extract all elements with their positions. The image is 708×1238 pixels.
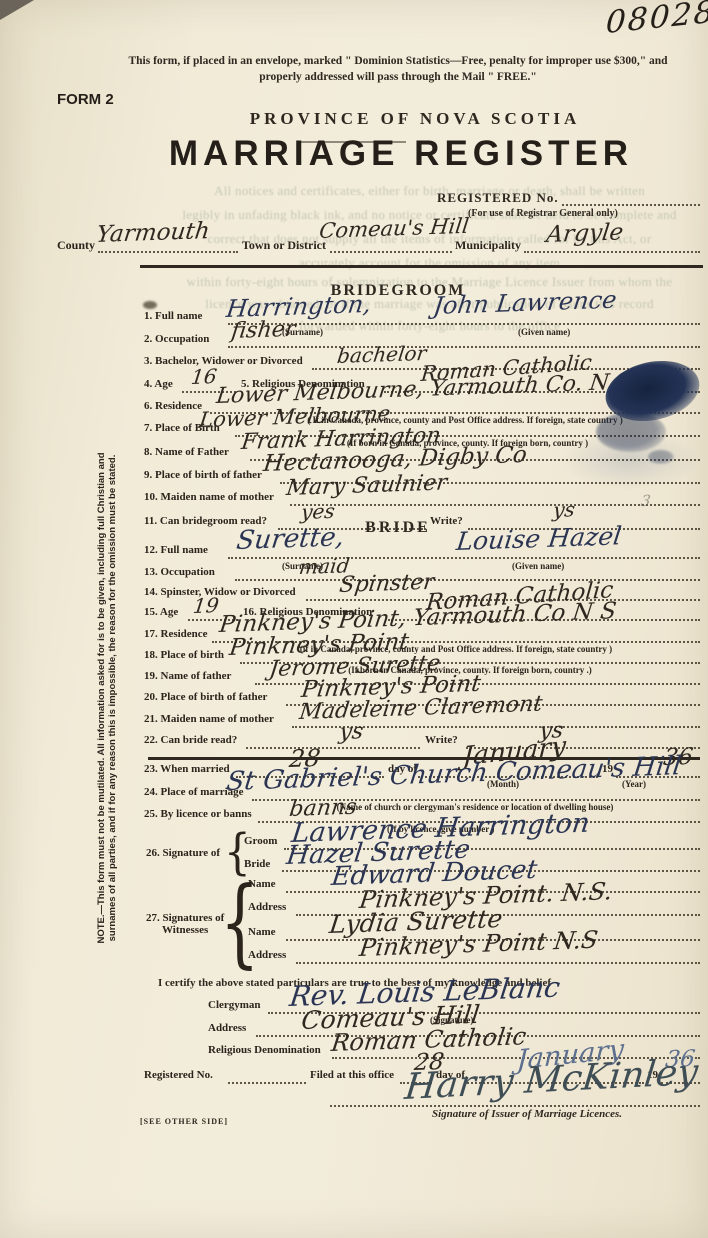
county-value: Yarmouth	[95, 220, 211, 247]
mail-notice-line1: This form, if placed in an envelope, mar…	[95, 55, 701, 67]
br-can-read-label: 22. Can bride read?	[144, 734, 237, 746]
bg-mother-value: Mary Saulnier	[285, 472, 448, 500]
bg-mother-label: 10. Maiden name of mother	[144, 491, 274, 503]
municipality-line	[524, 251, 700, 253]
see-other-side-note: [SEE OTHER SIDE]	[140, 1117, 228, 1126]
bg-age-label: 4. Age	[144, 378, 173, 390]
clergy-denomination-label: Religious Denomination	[208, 1044, 321, 1056]
issuer-signature-line	[330, 1105, 700, 1107]
clergyman-label: Clergyman	[208, 999, 261, 1011]
registered-no-bottom-line	[228, 1082, 306, 1084]
bg-residence-value: Lower Melbourne, Yarmouth Co. N.S.	[215, 371, 637, 408]
witness2-address-value: Pinkney's Point N.S	[358, 928, 599, 960]
registered-no-label: REGISTERED No.	[437, 190, 559, 206]
br-father-birth-label: 20. Place of birth of father	[144, 691, 267, 703]
municipality-value: Argyle	[545, 221, 625, 247]
licence-banns-label: 25. By licence or banns	[144, 808, 252, 820]
groom-sig-label: Groom	[244, 835, 277, 847]
br-occupation-line	[235, 579, 700, 581]
br-surname-value: Surette,	[235, 524, 346, 554]
registered-no-bottom-label: Registered No.	[144, 1069, 213, 1081]
bg-mother-line	[290, 504, 700, 506]
br-age-value: 19	[192, 595, 220, 616]
mail-notice-line2: properly addressed will pass through the…	[95, 71, 701, 83]
br-mother-value: Madeleine Claremont	[298, 694, 544, 724]
town-district-value: Comeau's Hill	[318, 216, 470, 242]
marriage-register-page: All notices and certificates, either for…	[0, 0, 708, 1238]
municipality-label: Municipality	[455, 238, 521, 253]
signature-of-label: 26. Signature of	[146, 847, 220, 859]
registrar-general-note: (For use of Registrar General only)	[468, 208, 618, 219]
witnesses-label-line1: 27. Signatures of	[146, 912, 224, 924]
given-name-sublabel: (Given name)	[512, 561, 564, 571]
ink-smudge	[143, 301, 157, 309]
br-given-name-value: Louise Hazel	[455, 523, 623, 554]
br-occupation-label: 13. Occupation	[144, 566, 215, 578]
clergyman-address-label: Address	[208, 1022, 246, 1034]
issuer-signature-label: Signature of Issuer of Marriage Licences…	[432, 1108, 622, 1120]
pencil-mark: 3	[640, 494, 651, 509]
witness2-name-label: Name	[248, 926, 276, 938]
bleed-through-text: accurately account for the omission of a…	[152, 255, 707, 271]
bg-status-value: bachelor	[336, 343, 428, 366]
bleed-through-text: All notices and certificates, either for…	[152, 183, 707, 199]
bg-surname-value: Harrington,	[225, 292, 373, 321]
br-father-label: 19. Name of father	[144, 670, 231, 682]
bg-occupation-value: fisher	[230, 319, 297, 343]
bg-write-value: ys	[552, 499, 576, 520]
witness1-address-label: Address	[248, 901, 286, 913]
given-name-sublabel: (Given name)	[518, 327, 570, 337]
br-age-label: 15. Age	[144, 606, 178, 618]
side-note-line1: NOTE.—This form must not be mutilated. A…	[96, 398, 107, 998]
section-divider	[140, 265, 703, 268]
side-note-line2: surnames of all parties, and if for any …	[107, 398, 118, 998]
bg-residence-label: 6. Residence	[144, 400, 202, 412]
registered-no-line	[562, 204, 700, 206]
county-line	[98, 251, 238, 253]
br-full-name-line	[228, 557, 700, 559]
scan-corner-shadow	[0, 0, 34, 20]
side-note: NOTE.—This form must not be mutilated. A…	[96, 398, 118, 998]
bg-age-value: 16	[190, 366, 218, 387]
br-status-value: Spinster	[338, 572, 435, 597]
province-heading: PROVINCE OF NOVA SCOTIA	[165, 109, 665, 129]
county-label: County	[57, 238, 95, 253]
when-married-label: 23. When married	[144, 763, 230, 775]
bg-full-name-label: 1. Full name	[144, 310, 202, 322]
bg-full-name-line	[228, 323, 700, 325]
form-number-label: FORM 2	[57, 91, 114, 108]
bg-father-birth-label: 9. Place of birth of father	[144, 469, 262, 481]
br-can-read-value: ys	[338, 721, 365, 744]
bg-occupation-line	[228, 346, 700, 348]
bg-father-label: 8. Name of Father	[144, 446, 229, 458]
filed-at-office-label: Filed at this office	[310, 1069, 394, 1081]
witness2-address-line	[296, 962, 700, 964]
bg-given-name-value: John Lawrence	[432, 288, 618, 318]
town-district-label: Town or District	[242, 238, 326, 253]
witness1-name-label: Name	[248, 878, 276, 890]
bg-occupation-label: 2. Occupation	[144, 333, 209, 345]
bg-status-label: 3. Bachelor, Widower or Divorced	[144, 355, 303, 367]
br-can-read-line	[246, 747, 420, 749]
br-residence-label: 17. Residence	[144, 628, 208, 640]
issuer-signature-value: Harry McKinley	[403, 1055, 700, 1106]
page-title: MARRIAGE REGISTER	[141, 134, 661, 174]
br-birthplace-label: 18. Place of birth	[144, 649, 224, 661]
br-mother-label: 21. Maiden name of mother	[144, 713, 274, 725]
witnesses-label-line2: Witnesses	[162, 924, 208, 936]
br-full-name-label: 12. Full name	[144, 544, 208, 556]
witness2-address-label: Address	[248, 949, 286, 961]
br-write-label: Write?	[425, 734, 458, 746]
ink-wash	[560, 430, 700, 490]
stamp-number: 080287	[605, 0, 708, 39]
town-district-line	[330, 251, 452, 253]
